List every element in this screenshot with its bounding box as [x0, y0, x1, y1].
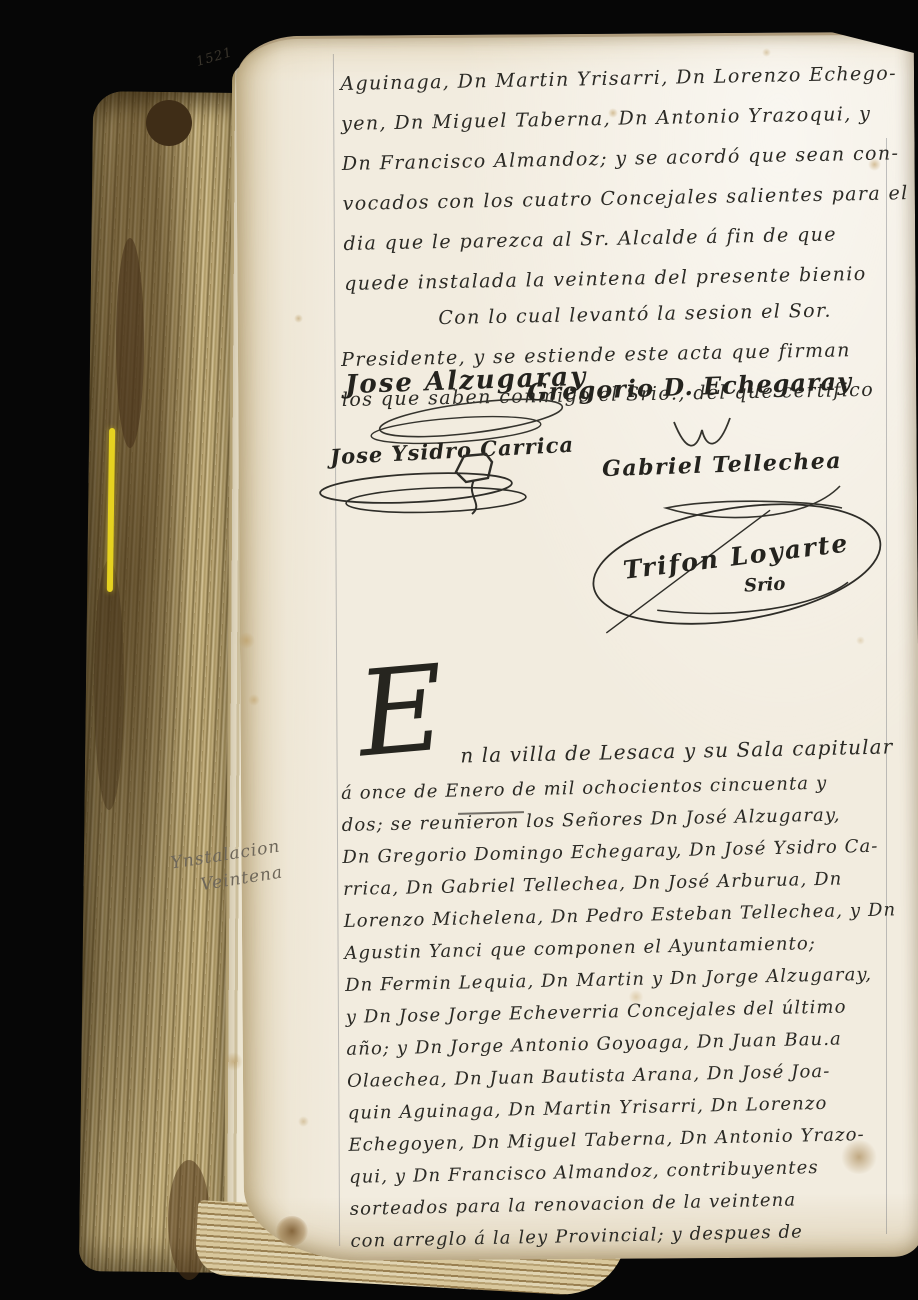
- foxing-spot: [224, 1052, 243, 1071]
- signature-rubric-flourish: [316, 452, 546, 524]
- foxing-spot: [856, 636, 865, 645]
- stain: [628, 990, 644, 1004]
- spine-leather-patch: [94, 560, 124, 810]
- stain: [840, 1140, 878, 1174]
- photograph-of-manuscript-book: 1521 Aguinaga, Dn Martin Yrisarri, Dn Lo…: [0, 0, 918, 1300]
- pencil-page-mark: 1521: [195, 45, 235, 70]
- foxing-spot: [248, 694, 260, 706]
- spine-leather-patch: [116, 238, 144, 448]
- foxing-spot: [298, 1116, 309, 1127]
- signature-trifon-loyarte-secretary: Trifon Loyarte Srio: [582, 494, 893, 638]
- torn-edge-fragment: [146, 100, 192, 146]
- secretary-abbreviation: Srio: [744, 574, 786, 597]
- foxing-spot: [762, 48, 771, 57]
- foxing-spot: [608, 108, 618, 118]
- closing-paragraph: Aguinaga, Dn Martin Yrisarri, Dn Lorenzo…: [340, 53, 911, 304]
- foxing-spot: [238, 632, 255, 649]
- foxing-spot: [294, 314, 303, 323]
- foxing-spot: [868, 158, 881, 171]
- ink-stain: [276, 1216, 308, 1246]
